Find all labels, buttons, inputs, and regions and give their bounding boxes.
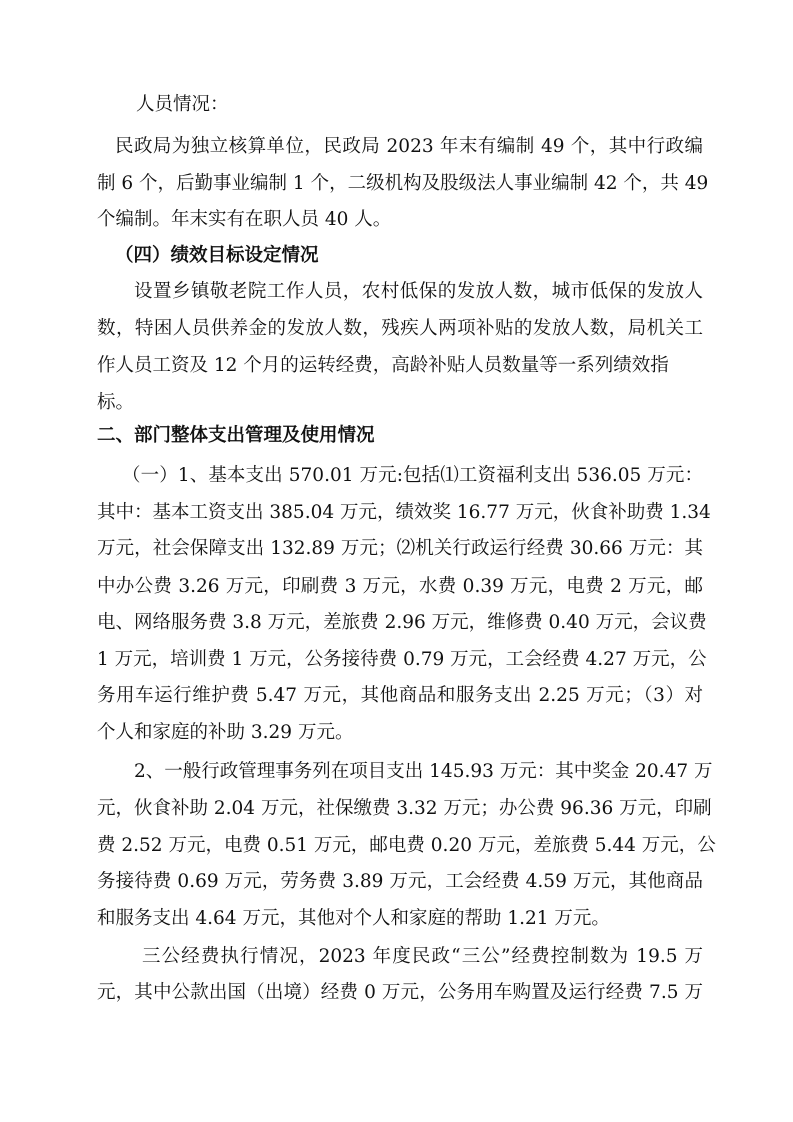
text-line: 三公经费执行情况，2023 年度民政“三公”经费控制数为 19.5 万 (142, 946, 703, 968)
text-line: 务用车运行维护费 5.47 万元，其他商品和服务支出 2.25 万元；（3）对 (97, 685, 703, 707)
text-line: 设置乡镇敬老院工作人员，农村低保的发放人数，城市低保的发放人 (134, 281, 703, 303)
text-line: 元，伙食补助 2.04 万元，社保缴费 3.32 万元；办公费 96.36 万元… (97, 798, 703, 820)
text-line: 费 2.52 万元，电费 0.51 万元，邮电费 0.20 万元，差旅费 5.4… (97, 835, 703, 857)
section-label-personnel: 人员情况： (136, 94, 229, 116)
text-line: 个人和家庭的补助 3.29 万元。 (97, 722, 353, 744)
text-line: 1 万元，培训费 1 万元，公务接待费 0.79 万元，工会经费 4.27 万元… (97, 649, 703, 671)
text-line: 元，其中公款出国（出境）经费 0 万元，公务用车购置及运行经费 7.5 万 (97, 982, 703, 1004)
text-line: 务接待费 0.69 万元，劳务费 3.89 万元，工会经费 4.59 万元，其他… (97, 871, 703, 893)
text-line: 民政局为独立核算单位，民政局 2023 年末有编制 49 个，其中行政编 (115, 136, 703, 158)
text-line: 万元，社会保障支出 132.89 万元；⑵机关行政运行经费 30.66 万元：其 (97, 538, 703, 560)
text-line: 个编制。年末实有在职人员 40 人。 (97, 209, 391, 231)
text-line: 作人员工资及 12 个月的运转经费，高龄补贴人员数量等一系列绩效指 (97, 355, 669, 377)
text-line: 2、一般行政管理事务列在项目支出 145.93 万元：其中奖金 20.47 万 (134, 761, 703, 783)
text-line: 中办公费 3.26 万元，印刷费 3 万元，水费 0.39 万元，电费 2 万元… (97, 576, 703, 598)
text-line: 标。 (97, 392, 134, 414)
text-line: 和服务支出 4.64 万元，其他对个人和家庭的帮助 1.21 万元。 (97, 908, 610, 930)
text-line: 其中：基本工资支出 385.04 万元，绩效奖 16.77 万元，伙食补助费 1… (97, 502, 703, 524)
text-line: 数，特困人员供养金的发放人数，残疾人两项补贴的发放人数，局机关工 (97, 318, 703, 340)
heading-department-expenditure: 二、部门整体支出管理及使用情况 (97, 425, 375, 447)
text-line: （一）1、基本支出 570.01 万元:包括⑴工资福利支出 536.05 万元： (122, 465, 703, 487)
text-line: 电、网络服务费 3.8 万元，差旅费 2.96 万元，维修费 0.40 万元，会… (97, 612, 703, 634)
subheading-performance-goals: （四）绩效目标设定情况 (115, 245, 319, 267)
text-line: 制 6 个，后勤事业编制 1 个，二级机构及股级法人事业编制 42 个，共 49 (97, 173, 703, 195)
